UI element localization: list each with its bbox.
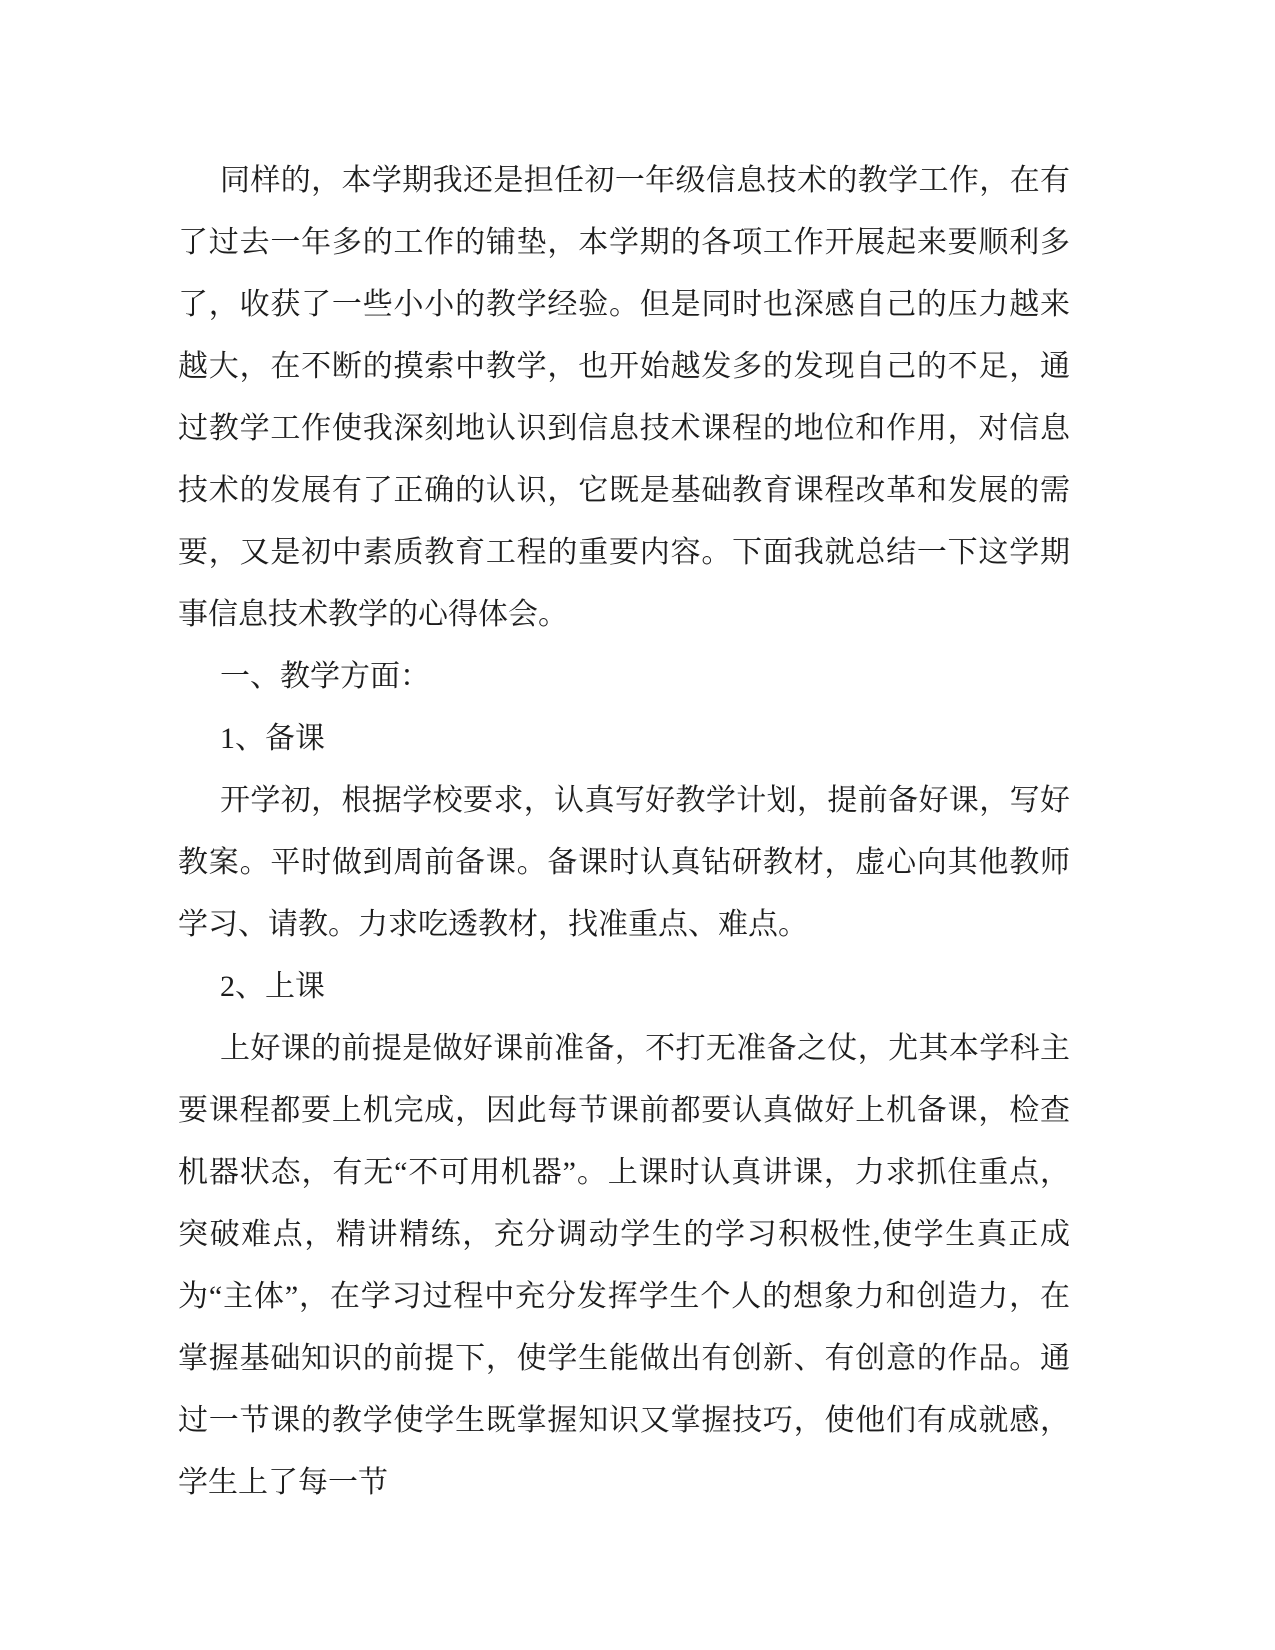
document-page: 同样的，本学期我还是担任初一年级信息技术的教学工作，在有了过去一年多的工作的铺垫… [0,0,1275,1650]
paragraph-teaching-class: 上好课的前提是做好课前准备，不打无准备之仗，尤其本学科主要课程都要上机完成，因此… [178,1018,1070,1514]
subheading-lesson-prep: 1、备课 [178,708,1070,770]
document-text-block: 同样的，本学期我还是担任初一年级信息技术的教学工作，在有了过去一年多的工作的铺垫… [178,150,1070,1514]
section-heading-teaching: 一、教学方面： [178,646,1070,708]
subheading-teaching-class: 2、上课 [178,956,1070,1018]
paragraph-lesson-prep: 开学初，根据学校要求，认真写好教学计划，提前备好课，写好教案。平时做到周前备课。… [178,770,1070,956]
paragraph-intro: 同样的，本学期我还是担任初一年级信息技术的教学工作，在有了过去一年多的工作的铺垫… [178,150,1070,646]
